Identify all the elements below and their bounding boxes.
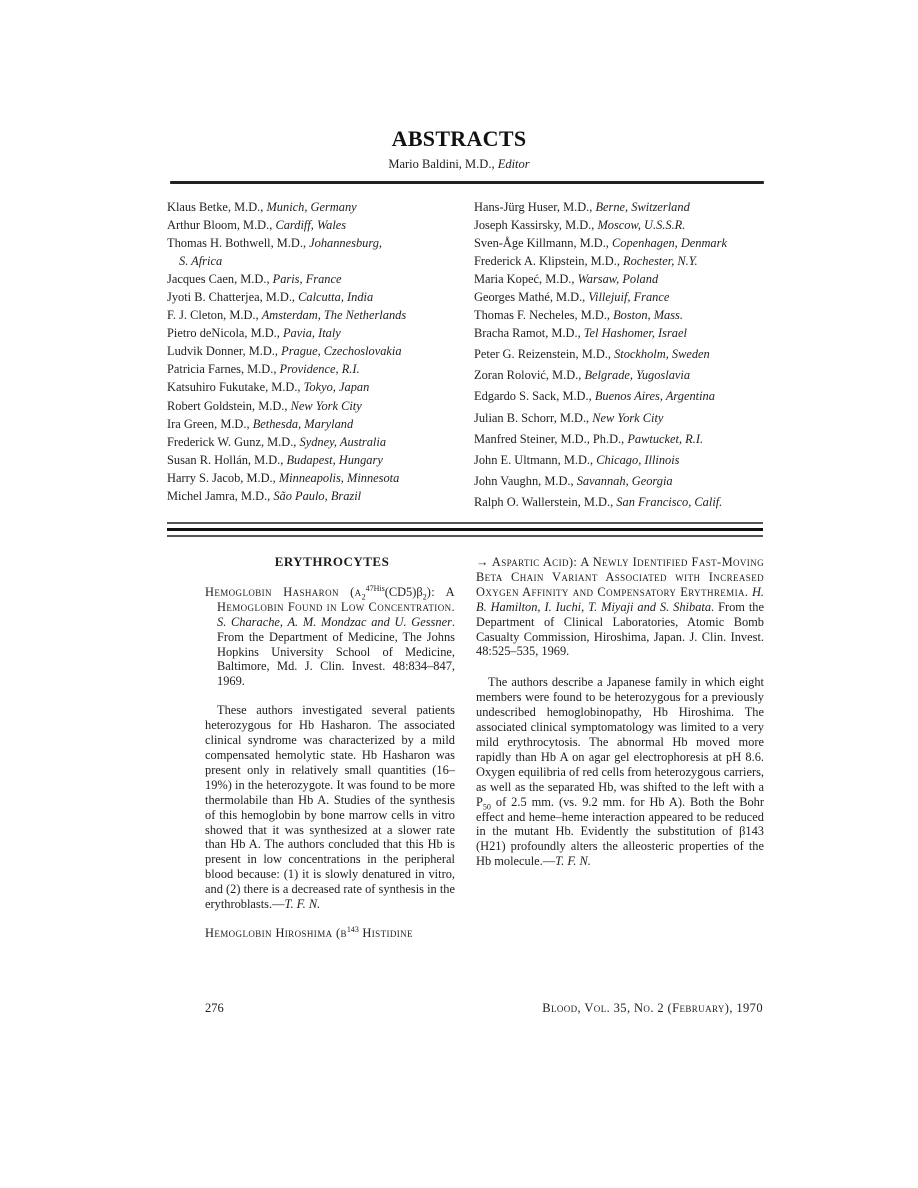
board-member: Georges Mathé, M.D., Villejuif, France [474,288,774,306]
board-member: Thomas H. Bothwell, M.D., Johannesburg,S… [167,234,459,270]
reviewer-initials: T. F. N. [555,854,591,868]
abstract-title: (CD5)β [385,585,423,599]
member-location: Providence, R.I. [280,362,360,376]
editor-role: Editor [498,157,530,171]
member-name: Thomas H. Bothwell, M.D., [167,236,306,250]
board-member: Zoran Rolović, M.D., Belgrade, Yugoslavi… [474,366,774,384]
member-name: Arthur Bloom, M.D., [167,218,272,232]
member-name: Bracha Ramot, M.D., [474,326,581,340]
text-column-right: → Aspartic Acid): A Newly Identified Fas… [476,555,764,869]
member-location: Budapest, Hungary [286,453,382,467]
board-member: Pietro deNicola, M.D., Pavia, Italy [167,324,459,342]
section-divider-rule [167,528,763,531]
member-name: Ralph O. Wallerstein, M.D., [474,495,613,509]
member-location: Sydney, Australia [300,435,387,449]
member-name: Ludvik Donner, M.D., [167,344,278,358]
section-divider-rule [167,535,763,537]
page-title: ABSTRACTS [0,126,918,152]
member-name: John Vaughn, M.D., [474,474,574,488]
board-member: Bracha Ramot, M.D., Tel Hashomer, Israel [474,324,774,342]
board-member: Patricia Farnes, M.D., Providence, R.I. [167,360,459,378]
member-location: Calcutta, India [298,290,373,304]
member-name: Julian B. Schorr, M.D., [474,411,589,425]
member-name: Jacques Caen, M.D., [167,272,270,286]
member-name: Patricia Farnes, M.D., [167,362,276,376]
board-member: Harry S. Jacob, M.D., Minneapolis, Minne… [167,469,459,487]
board-member: Susan R. Hollán, M.D., Budapest, Hungary [167,451,459,469]
board-member: Klaus Betke, M.D., Munich, Germany [167,198,459,216]
board-member: Jacques Caen, M.D., Paris, France [167,270,459,288]
board-member: John Vaughn, M.D., Savannah, Georgia [474,472,774,490]
board-member: Arthur Bloom, M.D., Cardiff, Wales [167,216,459,234]
abstract-citation: → Aspartic Acid): A Newly Identified Fas… [476,555,764,659]
member-name: Sven-Åge Killmann, M.D., [474,236,609,250]
member-name: Robert Goldstein, M.D., [167,399,287,413]
member-name: Maria Kopeć, M.D., [474,272,574,286]
abstract-text: These authors investigated several patie… [205,703,455,911]
member-location: Rochester, N.Y. [623,254,698,268]
member-name: Harry S. Jacob, M.D., [167,471,276,485]
member-location: New York City [291,399,362,413]
member-location: Chicago, Illinois [596,453,679,467]
section-heading: ERYTHROCYTES [205,555,455,570]
board-member: Julian B. Schorr, M.D., New York City [474,409,774,427]
journal-page: ABSTRACTS Mario Baldini, M.D., Editor Kl… [0,0,918,1188]
board-member: Hans-Jürg Huser, M.D., Berne, Switzerlan… [474,198,774,216]
member-name: Zoran Rolović, M.D., [474,368,581,382]
board-member: Thomas F. Necheles, M.D., Boston, Mass. [474,306,774,324]
member-location: Stockholm, Sweden [614,347,710,361]
abstract-citation: Hemoglobin Hasharon (α247His(CD5)β2): A … [205,585,455,689]
superscript: 47His [366,584,385,593]
member-location: Bethesda, Maryland [253,417,353,431]
journal-citation: Blood, Vol. 35, No. 2 (February), 1970 [478,1001,763,1016]
member-location: Tel Hashomer, Israel [584,326,687,340]
board-member: Ludvik Donner, M.D., Prague, Czechoslova… [167,342,459,360]
editorial-board-right-column: Hans-Jürg Huser, M.D., Berne, Switzerlan… [474,198,774,511]
member-location: Paris, France [273,272,342,286]
member-location: Boston, Mass. [613,308,683,322]
editorial-board-left-column: Klaus Betke, M.D., Munich, GermanyArthur… [167,198,459,505]
member-name: Susan R. Hollán, M.D., [167,453,283,467]
board-member: Edgardo S. Sack, M.D., Buenos Aires, Arg… [474,387,774,405]
board-member: Ira Green, M.D., Bethesda, Maryland [167,415,459,433]
board-member: Katsuhiro Fukutake, M.D., Tokyo, Japan [167,378,459,396]
board-member: Michel Jamra, M.D., São Paulo, Brazil [167,487,459,505]
member-name: Ira Green, M.D., [167,417,250,431]
abstract-text: The authors describe a Japanese family i… [476,675,764,808]
page-number: 276 [205,1001,224,1016]
text-column-left: ERYTHROCYTES Hemoglobin Hasharon (α247Hi… [205,555,455,941]
member-name: Manfred Steiner, M.D., Ph.D., [474,432,624,446]
member-name: John E. Ultmann, M.D., [474,453,593,467]
abstract-title: Hemoglobin Hasharon (α [205,585,362,599]
member-location: Pawtucket, R.I. [627,432,703,446]
member-name: Pietro deNicola, M.D., [167,326,280,340]
member-name: Katsuhiro Fukutake, M.D., [167,380,301,394]
member-name: Frederick W. Gunz, M.D., [167,435,296,449]
board-member: Manfred Steiner, M.D., Ph.D., Pawtucket,… [474,430,774,448]
member-location: Amsterdam, The Netherlands [262,308,406,322]
member-name: Joseph Kassirsky, M.D., [474,218,594,232]
header-rule [170,181,764,184]
member-location: Moscow, U.S.S.R. [597,218,685,232]
section-divider-rule [167,522,763,524]
member-name: Georges Mathé, M.D., [474,290,585,304]
board-member: John E. Ultmann, M.D., Chicago, Illinois [474,451,774,469]
member-location: Munich, Germany [266,200,356,214]
member-name: Hans-Jürg Huser, M.D., [474,200,592,214]
member-location: Villejuif, France [588,290,669,304]
member-location: Savannah, Georgia [577,474,673,488]
member-location: Prague, Czechoslovakia [281,344,401,358]
member-location: Minneapolis, Minnesota [279,471,399,485]
abstract-title: Histidine [359,926,413,940]
member-location: Pavia, Italy [283,326,341,340]
member-name: Frederick A. Klipstein, M.D., [474,254,620,268]
abstract-title-start: Hemoglobin Hiroshima (β143 Histidine [205,926,455,941]
member-location: Buenos Aires, Argentina [595,389,715,403]
board-member: Robert Goldstein, M.D., New York City [167,397,459,415]
abstract-title: → Aspartic Acid): A Newly Identified Fas… [476,555,764,599]
member-location: Tokyo, Japan [304,380,370,394]
superscript: 143 [347,925,359,934]
board-member: Jyoti B. Chatterjea, M.D., Calcutta, Ind… [167,288,459,306]
member-name: Jyoti B. Chatterjea, M.D., [167,290,295,304]
reviewer-initials: T. F. N. [285,897,321,911]
member-name: Thomas F. Necheles, M.D., [474,308,610,322]
board-member: Ralph O. Wallerstein, M.D., San Francisc… [474,493,774,511]
member-location: São Paulo, Brazil [273,489,361,503]
board-member: F. J. Cleton, M.D., Amsterdam, The Nethe… [167,306,459,324]
member-location: Cardiff, Wales [275,218,346,232]
member-name: Edgardo S. Sack, M.D., [474,389,592,403]
member-location: New York City [592,411,663,425]
board-member: Joseph Kassirsky, M.D., Moscow, U.S.S.R. [474,216,774,234]
member-location: Belgrade, Yugoslavia [584,368,690,382]
abstract-text: of 2.5 mm. (vs. 9.2 mm. for Hb A). Both … [476,795,764,869]
member-name: F. J. Cleton, M.D., [167,308,259,322]
member-location-continued: S. Africa [167,252,459,270]
member-location: Johannesburg, [309,236,382,250]
board-member: Peter G. Reizenstein, M.D., Stockholm, S… [474,345,774,363]
member-name: Peter G. Reizenstein, M.D., [474,347,611,361]
member-location: Warsaw, Poland [578,272,659,286]
abstract-body: These authors investigated several patie… [205,703,455,912]
board-member: Maria Kopeć, M.D., Warsaw, Poland [474,270,774,288]
member-location: San Francisco, Calif. [616,495,722,509]
member-location: Copenhagen, Denmark [612,236,727,250]
board-member: Frederick W. Gunz, M.D., Sydney, Austral… [167,433,459,451]
abstract-body: The authors describe a Japanese family i… [476,675,764,869]
board-member: Frederick A. Klipstein, M.D., Rochester,… [474,252,774,270]
abstract-title: Hemoglobin Hiroshima (β [205,926,347,940]
board-member: Sven-Åge Killmann, M.D., Copenhagen, Den… [474,234,774,252]
member-name: Michel Jamra, M.D., [167,489,270,503]
abstract-authors: S. Charache, A. M. Mondzac and U. Gessne… [217,615,452,629]
editor-name: Mario Baldini, M.D., [388,157,494,171]
editor-line: Mario Baldini, M.D., Editor [0,157,918,172]
member-name: Klaus Betke, M.D., [167,200,263,214]
member-location: Berne, Switzerland [595,200,689,214]
